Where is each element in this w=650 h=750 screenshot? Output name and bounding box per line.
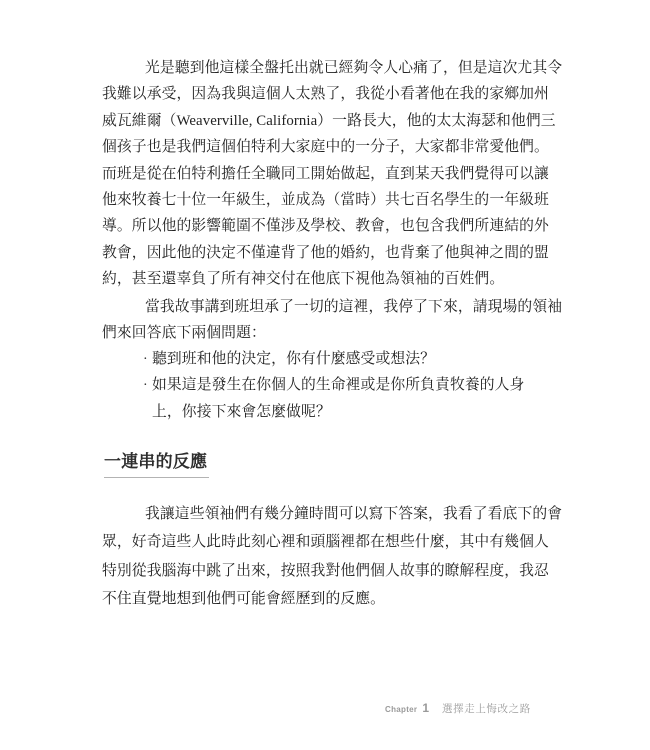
list-item-continuation: 上，你接下來會怎麼做呢？ <box>102 399 549 425</box>
page-footer: Chapter 1 選擇走上悔改之路 <box>385 701 531 716</box>
paragraph-3: 我讓這些領袖們有幾分鐘時間可以寫下答案，我看了看底下的會 眾，好奇這些人此時此刻… <box>102 500 549 613</box>
text-line: 當我故事講到班坦承了一切的這裡，我停了下來，請現場的領袖 <box>102 294 549 320</box>
text-line: 威瓦維爾（Weaverville, California）一路長大，他的太太海瑟… <box>102 108 549 134</box>
book-page: 光是聽到他這樣全盤托出就已經夠令人心痛了，但是這次尤其令 我難以承受，因為我與這… <box>0 0 650 750</box>
text-line: 光是聽到他這樣全盤托出就已經夠令人心痛了，但是這次尤其令 <box>102 55 549 81</box>
text-line: 特別從我腦海中跳了出來，按照我對他們個人故事的瞭解程度，我忍 <box>102 557 549 585</box>
text-line: 不住直覺地想到他們可能會經歷到的反應。 <box>102 585 549 613</box>
text-line: 而班是從在伯特利擔任全職同工開始做起，直到某天我們覺得可以讓 <box>102 161 549 187</box>
text-line: 個孩子也是我們這個伯特利大家庭中的一分子，大家都非常愛他們。 <box>102 134 549 160</box>
text-line: 他來牧養七十位一年級生，並成為（當時）共七百名學生的一年級班 <box>102 187 549 213</box>
paragraph-1: 光是聽到他這樣全盤托出就已經夠令人心痛了，但是這次尤其令 我難以承受，因為我與這… <box>102 55 549 293</box>
list-item: ·聽到班和他的決定，你有什麼感受或想法？ <box>102 346 549 372</box>
text-line: 我讓這些領袖們有幾分鐘時間可以寫下答案，我看了看底下的會 <box>102 500 549 528</box>
chapter-title: 選擇走上悔改之路 <box>442 701 531 716</box>
text-line: 眾，好奇這些人此時此刻心裡和頭腦裡都在想些什麼，其中有幾個人 <box>102 528 549 556</box>
text-line: 們來回答底下兩個問題： <box>102 320 549 346</box>
text-line: 導。所以他的影響範圍不僅涉及學校、教會，也包含我們所連結的外 <box>102 213 549 239</box>
text-line: 約，甚至還辜負了所有神交付在他底下視他為領袖的百姓們。 <box>102 266 549 292</box>
paragraph-2: 當我故事講到班坦承了一切的這裡，我停了下來，請現場的領袖 們來回答底下兩個問題： <box>102 294 549 347</box>
list-item-text: 聽到班和他的決定，你有什麼感受或想法？ <box>152 351 435 367</box>
section-heading: 一連串的反應 <box>104 450 209 478</box>
list-item: ·如果這是發生在你個人的生命裡或是你所負責牧養的人身 <box>102 372 549 398</box>
chapter-number: 1 <box>422 701 429 715</box>
text-line: 教會，因此他的決定不僅違背了他的婚約，也背棄了他與神之間的盟 <box>102 240 549 266</box>
bullet-icon: · <box>143 373 152 399</box>
chapter-label: Chapter <box>385 705 417 714</box>
bullet-icon: · <box>143 347 152 373</box>
question-list: ·聽到班和他的決定，你有什麼感受或想法？ ·如果這是發生在你個人的生命裡或是你所… <box>102 346 549 425</box>
list-item-text: 如果這是發生在你個人的生命裡或是你所負責牧養的人身 <box>152 377 524 393</box>
text-line: 我難以承受，因為我與這個人太熟了，我從小看著他在我的家鄉加州 <box>102 81 549 107</box>
